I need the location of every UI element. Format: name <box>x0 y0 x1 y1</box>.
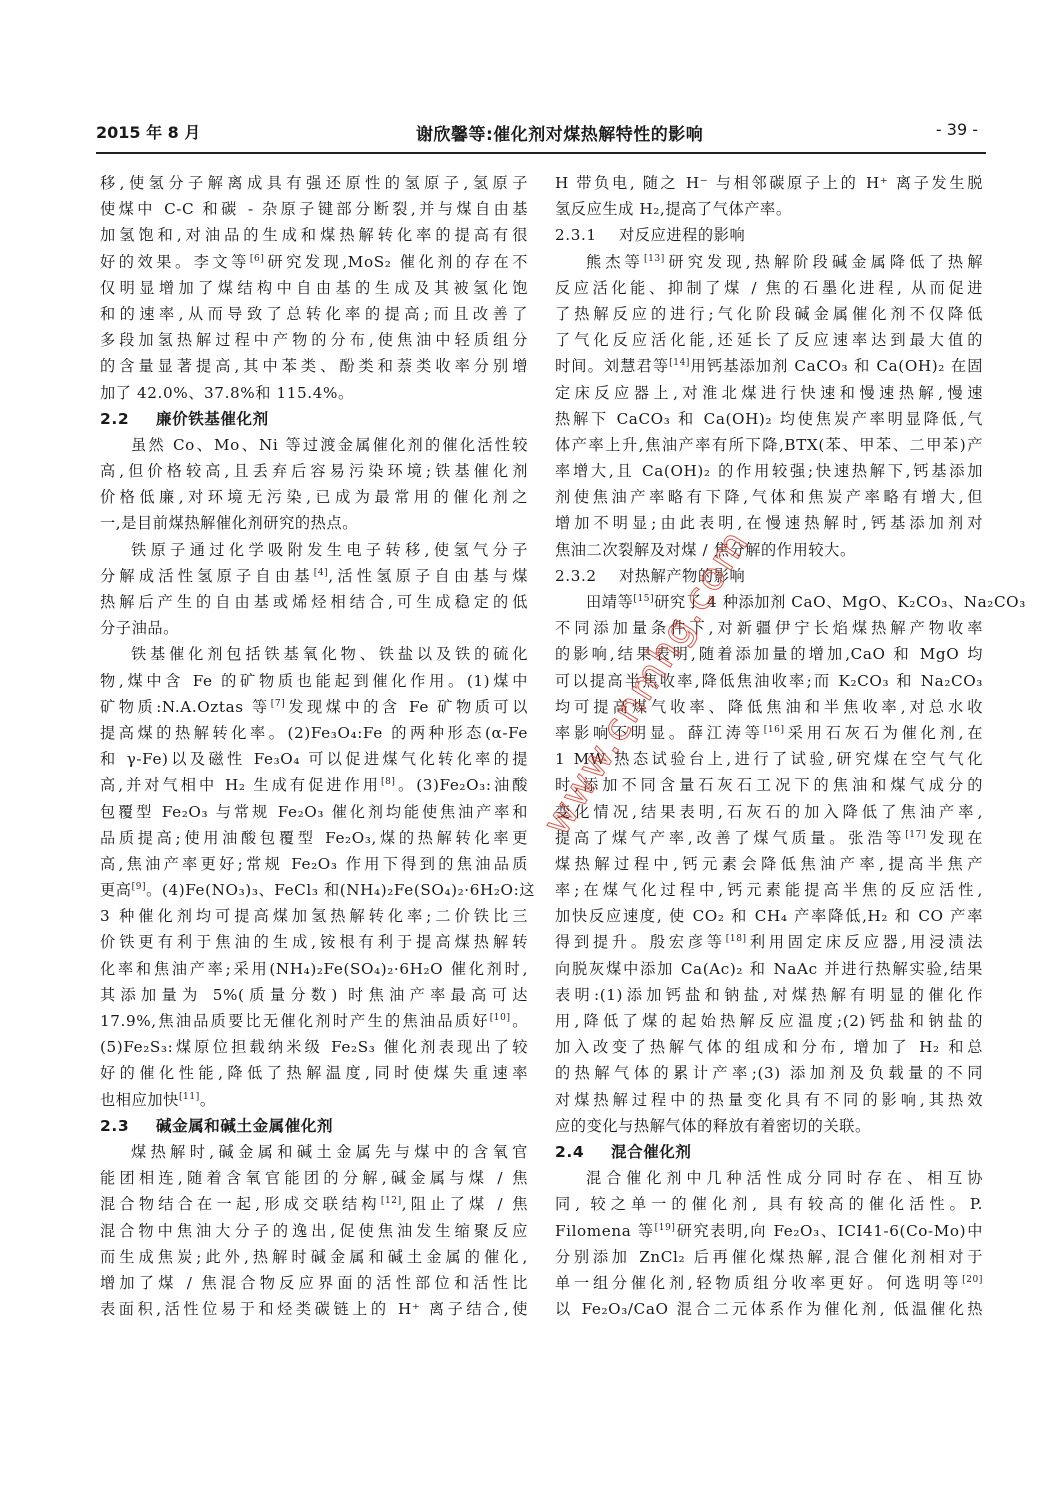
citation-ref: [13] <box>644 254 665 264</box>
text-line: 价铁更有利于焦油的生成,铵根有利于提高煤热解转 <box>100 929 528 955</box>
citation-ref: [20] <box>962 1275 983 1285</box>
text-line: 而生成焦炭;此外,热解时碱金属和碱土金属的催化, <box>100 1244 528 1270</box>
text-line: 价格低廉,对环境无污染,已成为最常用的催化剂之 <box>100 484 528 510</box>
text-line: 品质提高;使用油酸包覆型 Fe₂O₃,煤的热解转化率更 <box>100 825 528 851</box>
section-heading: 2.2廉价铁基催化剂 <box>100 406 528 432</box>
section-heading: 2.4混合催化剂 <box>555 1139 983 1165</box>
text-line: 了热解反应的进行;气化阶段碱金属催化剂不仅降低 <box>555 301 983 327</box>
citation-ref: [10] <box>490 1013 511 1023</box>
text-line: 反应活化能、抑制了煤 / 焦的石墨化进程, 从而促进 <box>555 275 983 301</box>
text-line: 热解后产生的自由基或烯烃相结合,可生成稳定的低 <box>100 589 528 615</box>
text-line: 分别添加 ZnCl₂ 后再催化煤热解,混合催化剂相对于 <box>555 1244 983 1270</box>
citation-ref: [15] <box>633 594 654 604</box>
text-line: 高,焦油产率更好;常规 Fe₂O₃ 作用下得到的焦油品质 <box>100 851 528 877</box>
text-line: (5)Fe₂S₃:煤原位担载纳米级 Fe₂S₃ 催化剂表现出了较 <box>100 1034 528 1060</box>
text-line: 时间。刘慧君等[14]用钙基添加剂 CaCO₃ 和 Ca(OH)₂ 在固 <box>555 353 983 379</box>
text-line: 煤热解过程中,钙元素会降低焦油产率,提高半焦产 <box>555 851 983 877</box>
text-line: 得到提升。殷宏彦等[18]利用固定床反应器,用浸渍法 <box>555 929 983 955</box>
header-rule <box>96 152 986 154</box>
section-title: 碱金属和碱土金属催化剂 <box>156 1117 333 1135</box>
text-line: 分解成活性氢原子自由基[4],活性氢原子自由基与煤 <box>100 563 528 589</box>
text-line: 一,是目前煤热解催化剂研究的热点。 <box>100 510 528 536</box>
text-line: 其添加量为 5%(质量分数) 时焦油产率最高可达 <box>100 982 528 1008</box>
text-line: H 带负电, 随之 H⁻ 与相邻碳原子上的 H⁺ 离子发生脱 <box>555 170 983 196</box>
text-line: 和 γ-Fe)以及磁性 Fe₃O₄ 可以促进煤气化转化率的提 <box>100 746 528 772</box>
text-line: 不同添加量条件下,对新疆伊宁长焰煤热解产物收率 <box>555 615 983 641</box>
text-line: 17.9%,焦油品质要比无催化剂时产生的焦油品质好[10]。 <box>100 1008 528 1034</box>
text-line: 同, 较之单一的催化剂, 具有较高的催化活性。P. <box>555 1191 983 1217</box>
section-title: 混合催化剂 <box>611 1143 692 1161</box>
text-line: 变化情况,结果表明,石灰石的加入降低了焦油产率, <box>555 799 983 825</box>
left-column: 移,使氢分子解离成具有强还原性的氢原子,氢原子使煤中 C-C 和碳 - 杂原子键… <box>100 170 528 1322</box>
text-line: 多段加氢热解过程中产物的分布,使焦油中轻质组分 <box>100 327 528 353</box>
text-line: 混合物结合在一起,形成交联结构[12],阻止了煤 / 焦 <box>100 1191 528 1217</box>
section-number: 2.3 <box>100 1113 156 1139</box>
text-line: 混合物中焦油大分子的逸出,促使焦油发生缩聚反应 <box>100 1218 528 1244</box>
citation-ref: [11] <box>179 1092 200 1102</box>
citation-ref: [7] <box>271 699 286 709</box>
text-line: 增加不明显;由此表明,在慢速热解时,钙基添加剂对 <box>555 510 983 536</box>
section-title: 廉价铁基催化剂 <box>156 410 269 428</box>
citation-ref: [12] <box>381 1196 402 1206</box>
citation-ref: [17] <box>905 830 926 840</box>
text-line: 分子油品。 <box>100 615 528 641</box>
citation-ref: [14] <box>669 358 690 368</box>
citation-ref: [19] <box>655 1223 676 1233</box>
section-number: 2.3.1 <box>555 222 619 248</box>
text-line: 铁原子通过化学吸附发生电子转移,使氢气分子 <box>100 537 528 563</box>
text-line: 热解下 CaCO₃ 和 Ca(OH)₂ 均使焦炭产率明显降低,气 <box>555 406 983 432</box>
section-number: 2.3.2 <box>555 563 619 589</box>
text-line: 氢反应生成 H₂,提高了气体产率。 <box>555 196 983 222</box>
citation-ref: [9] <box>132 882 147 892</box>
text-line: 的含量显著提高,其中苯类、酚类和萘类收率分别增 <box>100 353 528 379</box>
text-line: 矿物质:N.A.Oztas 等[7]发现煤中的含 Fe 矿物质可以 <box>100 694 528 720</box>
text-line: 提高煤的热解转化率。(2)Fe₃O₄:Fe 的两种形态(α-Fe <box>100 720 528 746</box>
text-line: 混合催化剂中几种活性成分同时存在、相互协 <box>555 1165 983 1191</box>
text-line: 体产率上升,焦油产率有所下降,BTX(苯、甲苯、二甲苯)产 <box>555 432 983 458</box>
text-line: 对煤热解过程中的热量变化具有不同的影响,其热效 <box>555 1087 983 1113</box>
text-line: 了气化反应活化能,还延长了反应速率达到最大值的 <box>555 327 983 353</box>
text-line: 高,但价格较高,且丢弃后容易污染环境;铁基催化剂 <box>100 458 528 484</box>
text-line: 用,降低了煤的起始热解反应温度;(2)钙盐和钠盐的 <box>555 1008 983 1034</box>
text-line: 高,并对气相中 H₂ 生成有促进作用[8]。(3)Fe₂O₃:油酸 <box>100 772 528 798</box>
citation-ref: [16] <box>764 725 785 735</box>
text-line: 煤热解时,碱金属和碱土金属先与煤中的含氧官 <box>100 1139 528 1165</box>
text-line: 率;在煤气化过程中,钙元素能提高半焦的反应活性, <box>555 877 983 903</box>
text-line: 铁基催化剂包括铁基氧化物、铁盐以及铁的硫化 <box>100 641 528 667</box>
citation-ref: [8] <box>381 777 396 787</box>
text-line: 加氢饱和,对油品的生成和煤热解转化率的提高有很 <box>100 222 528 248</box>
text-line: 仅明显增加了煤结构中自由基的生成及其被氢化饱 <box>100 275 528 301</box>
text-line: 使煤中 C-C 和碳 - 杂原子键部分断裂,并与煤自由基 <box>100 196 528 222</box>
text-line: 表明:(1)添加钙盐和钠盐,对煤热解有明显的催化作 <box>555 982 983 1008</box>
text-line: 率增大,且 Ca(OH)₂ 的作用较强;快速热解下,钙基添加 <box>555 458 983 484</box>
text-line: 移,使氢分子解离成具有强还原性的氢原子,氢原子 <box>100 170 528 196</box>
text-line: 增加了煤 / 焦混合物反应界面的活性部位和活性比 <box>100 1270 528 1296</box>
text-line: Filomena 等[19]研究表明,向 Fe₂O₃、ICI41-6(Co-Mo… <box>555 1218 983 1244</box>
section-heading: 2.3.1对反应进程的影响 <box>555 222 983 248</box>
text-line: 化率和焦油产率;采用(NH₄)₂Fe(SO₄)₂·6H₂O 催化剂时, <box>100 956 528 982</box>
text-line: 好的催化性能,降低了热解温度,同时使煤失重速率 <box>100 1060 528 1086</box>
text-line: 3 种催化剂均可提高煤加氢热解转化率;二价铁比三 <box>100 903 528 929</box>
text-line: 剂使焦油产率略有下降,气体和焦炭产率略有增大,但 <box>555 484 983 510</box>
text-line: 好的效果。李文等[6]研究发现,MoS₂ 催化剂的存在不 <box>100 249 528 275</box>
text-line: 和的速率,从而导致了总转化率的提高;而且改善了 <box>100 301 528 327</box>
text-line: 物,煤中含 Fe 的矿物质也能起到催化作用。(1)煤中 <box>100 668 528 694</box>
text-line: 提高了煤气产率,改善了煤气质量。张浩等[17]发现在 <box>555 825 983 851</box>
text-line: 加快反应速度, 使 CO₂ 和 CH₄ 产率降低,H₂ 和 CO 产率 <box>555 903 983 929</box>
text-line: 虽然 Co、Mo、Ni 等过渡金属催化剂的催化活性较 <box>100 432 528 458</box>
text-line: 包覆型 Fe₂O₃ 与常规 Fe₂O₃ 催化剂均能使焦油产率和 <box>100 799 528 825</box>
text-line: 定床反应器上,对淮北煤进行快速和慢速热解,慢速 <box>555 380 983 406</box>
text-line: 田靖等[15]研究了 4 种添加剂 CaO、MgO、K₂CO₃、Na₂CO₃ <box>555 589 983 615</box>
section-title: 对反应进程的影响 <box>619 226 745 244</box>
section-number: 2.2 <box>100 406 156 432</box>
section-heading: 2.3.2对热解产物的影响 <box>555 563 983 589</box>
text-line: 能团相连,随着含氧官能团的分解,碱金属与煤 / 焦 <box>100 1165 528 1191</box>
text-line: 熊杰等[13]研究发现,热解阶段碱金属降低了热解 <box>555 249 983 275</box>
running-title: 谢欣馨等:催化剂对煤热解特性的影响 <box>416 120 703 145</box>
text-line: 加了 42.0%、37.8%和 115.4%。 <box>100 380 528 406</box>
issue-date: 2015 年 8 月 <box>96 120 200 143</box>
section-number: 2.4 <box>555 1139 611 1165</box>
citation-ref: [4] <box>314 568 329 578</box>
text-line: 应的变化与热解气体的释放有着密切的关联。 <box>555 1113 983 1139</box>
text-line: 以 Fe₂O₃/CaO 混合二元体系作为催化剂, 低温催化热 <box>555 1296 983 1322</box>
text-line: 表面积,活性位易于和烃类碳链上的 H⁺ 离子结合,使 <box>100 1296 528 1322</box>
text-line: 也相应加快[11]。 <box>100 1087 528 1113</box>
text-line: 时,添加不同含量石灰石工况下的焦油和煤气成分的 <box>555 772 983 798</box>
text-line: 的影响,结果表明,随着添加量的增加,CaO 和 MgO 均 <box>555 641 983 667</box>
text-line: 焦油二次裂解及对煤 / 焦分解的作用较大。 <box>555 537 983 563</box>
page-header: 2015 年 8 月 谢欣馨等:催化剂对煤热解特性的影响 - 39 - <box>96 118 986 148</box>
text-line: 加入改变了热解气体的组成和分布, 增加了 H₂ 和总 <box>555 1034 983 1060</box>
page-number: - 39 - <box>936 120 978 139</box>
citation-ref: [6] <box>250 254 265 264</box>
text-line: 的热解气体的累计产率;(3) 添加剂及负载量的不同 <box>555 1060 983 1086</box>
citation-ref: [18] <box>726 934 747 944</box>
text-line: 向脱灰煤中添加 Ca(Ac)₂ 和 NaAc 并进行热解实验,结果 <box>555 956 983 982</box>
text-line: 单一组分催化剂,轻物质组分收率更好。何选明等[20] <box>555 1270 983 1296</box>
text-line: 更高[9]。(4)Fe(NO₃)₃、FeCl₃ 和(NH₄)₂Fe(SO₄)₂·… <box>100 877 528 903</box>
section-heading: 2.3碱金属和碱土金属催化剂 <box>100 1113 528 1139</box>
